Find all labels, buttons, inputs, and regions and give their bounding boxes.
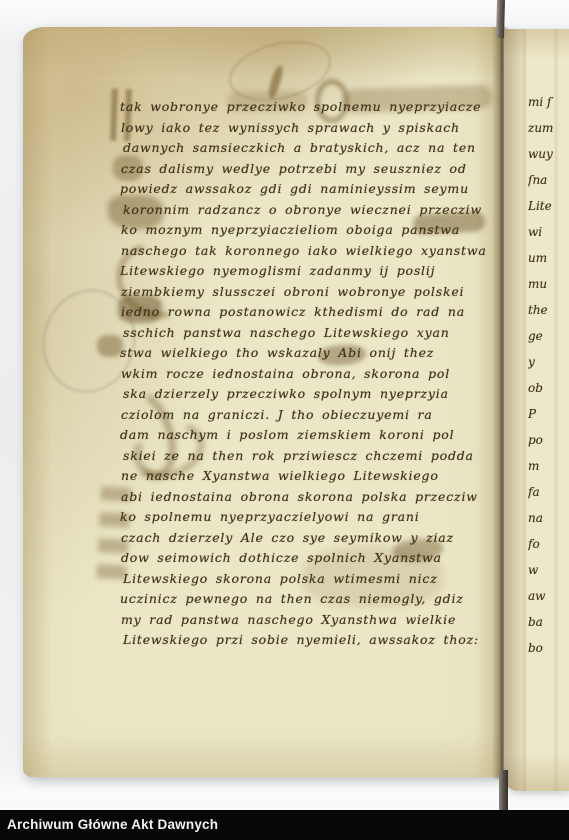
facing-page-text-fragment: fo xyxy=(528,531,569,557)
manuscript-line: powiedz awssakoz gdi gdi naminieyssim se… xyxy=(120,179,481,200)
archive-caption-bar: Archiwum Główne Akt Dawnych xyxy=(0,810,569,840)
manuscript-line: ko moznym nyeprzyiaczieliom oboiga panst… xyxy=(121,220,481,241)
facing-page-text-fragment: ob xyxy=(528,375,569,401)
manuscript-page: tak wobronye przecziwko spolnemu nyeprzy… xyxy=(23,27,503,777)
manuscript-line: ziembkiemy slussczei obroni wobronye pol… xyxy=(121,282,481,303)
facing-page-text-fragment: the xyxy=(528,297,569,323)
book-weight-rod-bottom xyxy=(499,770,508,812)
facing-page-text-fragment: wi xyxy=(528,219,569,245)
manuscript-line: koronnim radzancz o obronye wiecznei prz… xyxy=(123,200,481,221)
manuscript-line: Litewskiego skorona polska wtimesmi nicz xyxy=(123,569,481,590)
facing-page-text: mi ſzumwuyſnaLitewiummuthegeyobPpomfanaf… xyxy=(528,89,569,661)
manuscript-line: stwa wielkiego tho wskazaly Abi onij the… xyxy=(120,343,481,364)
manuscript-line: lowy iako tez wynissych sprawach y spisk… xyxy=(121,118,481,139)
manuscript-line: dam naschym i poslom ziemskiem koroni po… xyxy=(120,425,481,446)
facing-page-text-fragment: Lite xyxy=(528,193,569,219)
facing-page-text-fragment: po xyxy=(528,427,569,453)
manuscript-line: my rad panstwa naschego Xyansthwa wielki… xyxy=(121,610,481,631)
manuscript-line: dow seimowich dothicze spolnich Xyanstwa xyxy=(121,548,481,569)
facing-page-text-fragment: m xyxy=(528,453,569,479)
manuscript-line: sschich panstwa naschego Litewskiego xya… xyxy=(123,323,481,344)
facing-page-text-fragment: aw xyxy=(528,583,569,609)
facing-page-text-fragment: fa xyxy=(528,479,569,505)
facing-page-text-fragment: zum xyxy=(528,115,569,141)
book-weight-rod-top xyxy=(496,0,505,38)
facing-page-text-fragment: ſna xyxy=(528,167,569,193)
facing-page: mi ſzumwuyſnaLitewiummuthegeyobPpomfanaf… xyxy=(504,29,569,791)
facing-page-text-fragment: wuy xyxy=(528,141,569,167)
facing-page-text-fragment: ge xyxy=(528,323,569,349)
facing-page-text-fragment: mu xyxy=(528,271,569,297)
manuscript-line: ko spolnemu nyeprzyaczielyowi na grani xyxy=(120,507,481,528)
manuscript-line: ska dzierzely przecziwko spolnym nyeprzy… xyxy=(123,384,481,405)
manuscript-line: czach dzierzely Ale czo sye seymikow y z… xyxy=(121,528,481,549)
facing-page-text-fragment: P xyxy=(528,401,569,427)
manuscript-line: abi iednostaina obrona skorona polska pr… xyxy=(121,487,481,508)
facing-page-text-fragment: mi ſ xyxy=(528,89,569,115)
manuscript-line: Litewskiego nyemoglismi zadanmy ij posli… xyxy=(120,261,481,282)
photograph-background: tak wobronye przecziwko spolnemu nyeprzy… xyxy=(0,0,569,840)
facing-page-text-fragment: um xyxy=(528,245,569,271)
manuscript-line: uczinicz pewnego na then czas niemogly, … xyxy=(120,589,481,610)
archive-name: Archiwum Główne Akt Dawnych xyxy=(7,810,218,839)
facing-page-text-fragment: na xyxy=(528,505,569,531)
manuscript-line: skiei ze na then rok prziwiescz chczemi … xyxy=(123,446,481,467)
manuscript-line: dawnych samsieczkich a bratyskich, acz n… xyxy=(123,138,481,159)
manuscript-line: naschego tak koronnego iako wielkiego xy… xyxy=(121,241,481,262)
ink-bleed-through xyxy=(266,64,285,99)
manuscript-line: ne nasche Xyanstwa wielkiego Litewskiego xyxy=(121,466,481,487)
facing-page-text-fragment: bo xyxy=(528,635,569,661)
manuscript-text: tak wobronye przecziwko spolnemu nyeprzy… xyxy=(121,97,481,651)
manuscript-line: cziolom na graniczi. J tho obieczuyemi r… xyxy=(121,405,481,426)
facing-page-text-fragment: w xyxy=(528,557,569,583)
manuscript-line: Litewskiego przi sobie nyemieli, awssako… xyxy=(123,630,481,651)
facing-page-text-fragment: ba xyxy=(528,609,569,635)
manuscript-line: tak wobronye przecziwko spolnemu nyeprzy… xyxy=(120,97,481,118)
manuscript-line: iedno rowna postanowicz kthedismi do rad… xyxy=(121,302,481,323)
facing-page-text-fragment: y xyxy=(528,349,569,375)
manuscript-line: czas dalismy wedlye potrzebi my seusznie… xyxy=(121,159,481,180)
manuscript-line: wkim rocze iednostaina obrona, skorona p… xyxy=(121,364,481,385)
